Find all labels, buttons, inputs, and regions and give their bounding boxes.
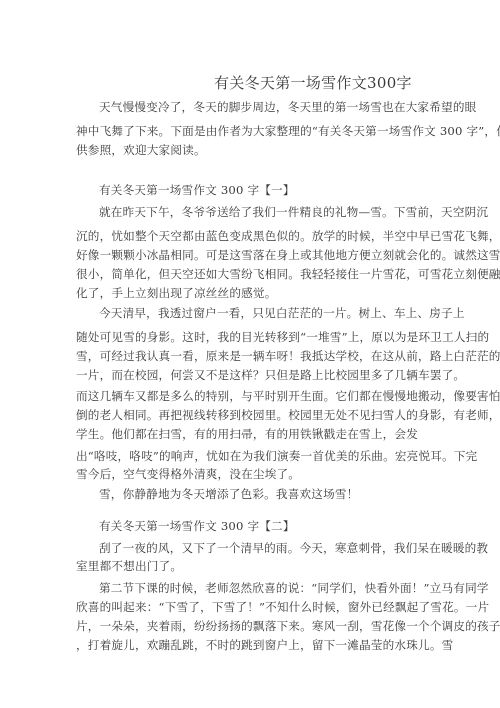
- page-title: 有关冬天第一场雪作文300字: [214, 74, 412, 92]
- paragraph-line: 雪，你静静地为冬天增添了色彩。我喜欢这场雪！: [99, 487, 358, 501]
- section-heading-2: 有关冬天第一场雪作文 300 字【二】: [99, 519, 295, 533]
- paragraph-line: 好像一颗颗小冰晶相同。可是这雪落在身上或其他地方便立刻就会化的。诚然这雪: [76, 248, 500, 262]
- paragraph-line: 第二节下课的时候，老师忽然欣喜的说：“同学们，快看外面！”立马有同学: [99, 581, 489, 595]
- paragraph-line: 倒的老人相同。再把视线转移到校园里。校园里无处不见扫雪人的身影，有老师，有: [76, 408, 500, 422]
- paragraph-line: 欣喜的叫起来：“下雪了，下雪了！”不知什么时候，窗外已经飘起了雪花。一片: [76, 600, 489, 614]
- paragraph-line: 出“咯吱，咯吱”的响声，忧如在为我们演奏一首优美的乐曲。宏亮悦耳。下完: [76, 449, 477, 463]
- paragraph-line: 而这几辆车又都是多么的特别，与平时别开生面。它们都在慢慢地搬动，像要害怕摔: [76, 389, 500, 403]
- paragraph-line: 雪，可经过我认真一看，原来是一辆车呀！我抵达学校，在这从前，路上白茫茫的: [76, 349, 500, 363]
- paragraph-line: 学生。他们都在扫雪，有的用扫帚，有的用铁锹戳走在雪上，会发: [76, 427, 418, 441]
- paragraph-line: 化了，手上立刻出现了凉丝丝的感觉。: [76, 286, 277, 300]
- section-heading-1: 有关冬天第一场雪作文 300 字【一】: [99, 183, 295, 197]
- paragraph-line: 沉的，忧如整个天空都由蓝色变成黑色似的。放学的时候，半空中早已雪花飞舞，: [76, 229, 500, 243]
- intro-line: 供参照，欢迎大家阅读。: [76, 143, 206, 157]
- intro-line: 天气慢慢变冷了，冬天的脚步周边，冬天里的第一场雪也在大家希望的眼: [99, 100, 476, 114]
- paragraph-line: 片，一朵朵，夹着雨，纷纷扬扬的飘落下来。寒风一刮，雪花像一个个调皮的孩子: [76, 619, 500, 633]
- paragraph-line: 随处可见雪的身影。这时，我的目光转移到“一堆雪”上，原以为是环卫工人扫的: [76, 330, 489, 344]
- paragraph-line: 刮了一夜的风，又下了一个清早的雨。今天，寒意刺骨，我们呆在暖暖的教: [99, 541, 488, 555]
- paragraph-line: 室里都不想出门了。: [76, 559, 182, 573]
- document-page: 有关冬天第一场雪作文300字 天气慢慢变冷了，冬天的脚步周边，冬天里的第一场雪也…: [0, 0, 500, 708]
- paragraph-line: 今天清早，我透过窗户一看，只见白茫茫的一片。树上、车上、房子上: [99, 306, 465, 320]
- paragraph-line: 就在昨天下午，冬爷爷送给了我们一件精良的礼物—雪。下雪前，天空阴沉: [99, 205, 488, 219]
- intro-line: 神中飞舞了下来。下面是由作者为大家整理的“有关冬天第一场雪作文 300 字”，仅: [76, 124, 500, 138]
- paragraph-line: ，打着旋儿，欢蹦乱跳，不时的跳到窗户上，留下一滩晶莹的水珠儿。雪: [76, 638, 453, 652]
- paragraph-line: 雪今后，空气变得格外清爽，没在尘埃了。: [76, 467, 300, 481]
- paragraph-line: 一片，而在校园，何尝又不是这样？只但是路上比校园里多了几辆车罢了。: [76, 368, 465, 382]
- paragraph-line: 很小，简单化，但天空还如大雪纷飞相同。我轻轻接住一片雪花，可雪花立刻便融: [76, 267, 500, 281]
